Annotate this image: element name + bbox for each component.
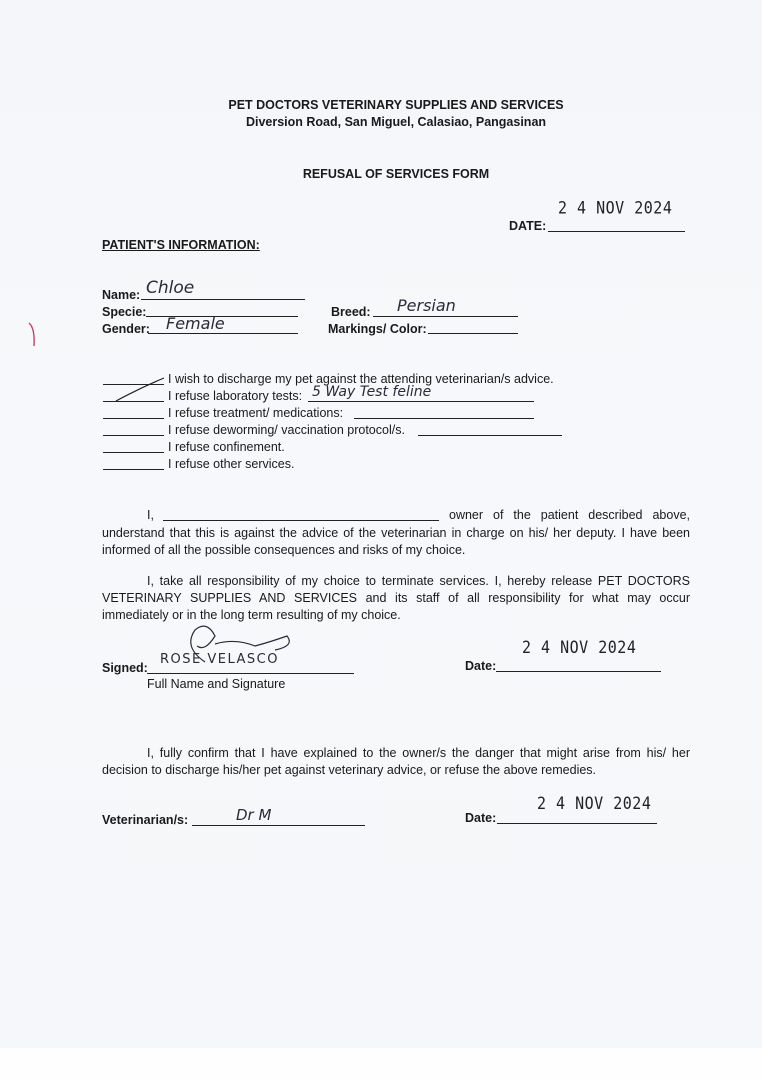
veterinarian-date-label: Date:	[465, 811, 496, 825]
option-deworming-label: I refuse deworming/ vaccination protocol…	[168, 423, 405, 437]
veterinarian-date-stamp: 2 4 NOV 2024	[537, 793, 651, 814]
veterinarian-label: Veterinarian/s:	[102, 813, 188, 827]
statement-2: I, take all responsibility of my choice …	[102, 573, 690, 624]
stray-ink-mark	[26, 320, 40, 350]
owner-name-field[interactable]	[163, 520, 439, 521]
statement-1-prefix: I,	[147, 508, 154, 522]
owner-date-field[interactable]	[496, 671, 661, 672]
gender-field[interactable]	[148, 333, 298, 334]
gender-value: Female	[166, 314, 225, 333]
markings-color-label: Markings/ Color:	[328, 322, 427, 336]
treatment-detail-field[interactable]	[354, 418, 534, 419]
option-other-label: I refuse other services.	[168, 457, 294, 471]
veterinarian-value: Dr M	[236, 806, 271, 824]
owner-signature-value: ROSE VELASCO	[160, 652, 279, 667]
scanned-paper	[0, 0, 762, 1048]
deworming-detail-field[interactable]	[418, 435, 562, 436]
option-treatment-label: I refuse treatment/ medications:	[168, 406, 343, 420]
breed-field[interactable]	[373, 316, 518, 317]
statement-1-text-b: understand that this is against the advi…	[102, 525, 690, 559]
checkbox-blank-treatment[interactable]	[103, 418, 164, 419]
signature-caption: Full Name and Signature	[147, 677, 285, 691]
date-stamp: 2 4 NOV 2024	[558, 198, 672, 219]
breed-label: Breed:	[331, 305, 371, 319]
specie-label: Specie:	[102, 305, 146, 319]
check-stroke-icon	[100, 374, 170, 404]
owner-date-stamp: 2 4 NOV 2024	[522, 637, 636, 658]
date-field[interactable]	[548, 231, 685, 232]
checkbox-blank-other[interactable]	[103, 469, 164, 470]
markings-color-field[interactable]	[428, 333, 518, 334]
veterinarian-field[interactable]	[192, 825, 365, 826]
scanner-bed	[0, 1048, 762, 1080]
name-label: Name:	[102, 288, 140, 302]
statement-1-text-a: owner of the patient described above,	[449, 508, 690, 522]
owner-date-label: Date:	[465, 659, 496, 673]
checkbox-blank-confinement[interactable]	[103, 452, 164, 453]
checkbox-blank-deworming[interactable]	[103, 435, 164, 436]
gender-label: Gender:	[102, 322, 150, 336]
patient-info-heading: PATIENT'S INFORMATION:	[102, 238, 260, 252]
lab-tests-detail-value: 5 Way Test feline	[312, 384, 431, 400]
breed-value: Persian	[397, 296, 456, 315]
clinic-name: PET DOCTORS VETERINARY SUPPLIES AND SERV…	[0, 98, 762, 112]
veterinarian-date-field[interactable]	[497, 823, 657, 824]
name-field[interactable]	[141, 299, 305, 300]
name-value: Chloe	[146, 278, 194, 298]
owner-signature-field[interactable]	[147, 673, 354, 674]
option-lab-tests-label: I refuse laboratory tests:	[168, 389, 302, 403]
option-confinement-label: I refuse confinement.	[168, 440, 285, 454]
statement-3: I, fully confirm that I have explained t…	[102, 745, 690, 779]
lab-tests-detail-field[interactable]	[308, 401, 534, 402]
form-title: REFUSAL OF SERVICES FORM	[0, 167, 762, 181]
clinic-address: Diversion Road, San Miguel, Calasiao, Pa…	[0, 115, 762, 129]
date-label: DATE:	[509, 219, 546, 233]
signed-label: Signed:	[102, 661, 148, 675]
